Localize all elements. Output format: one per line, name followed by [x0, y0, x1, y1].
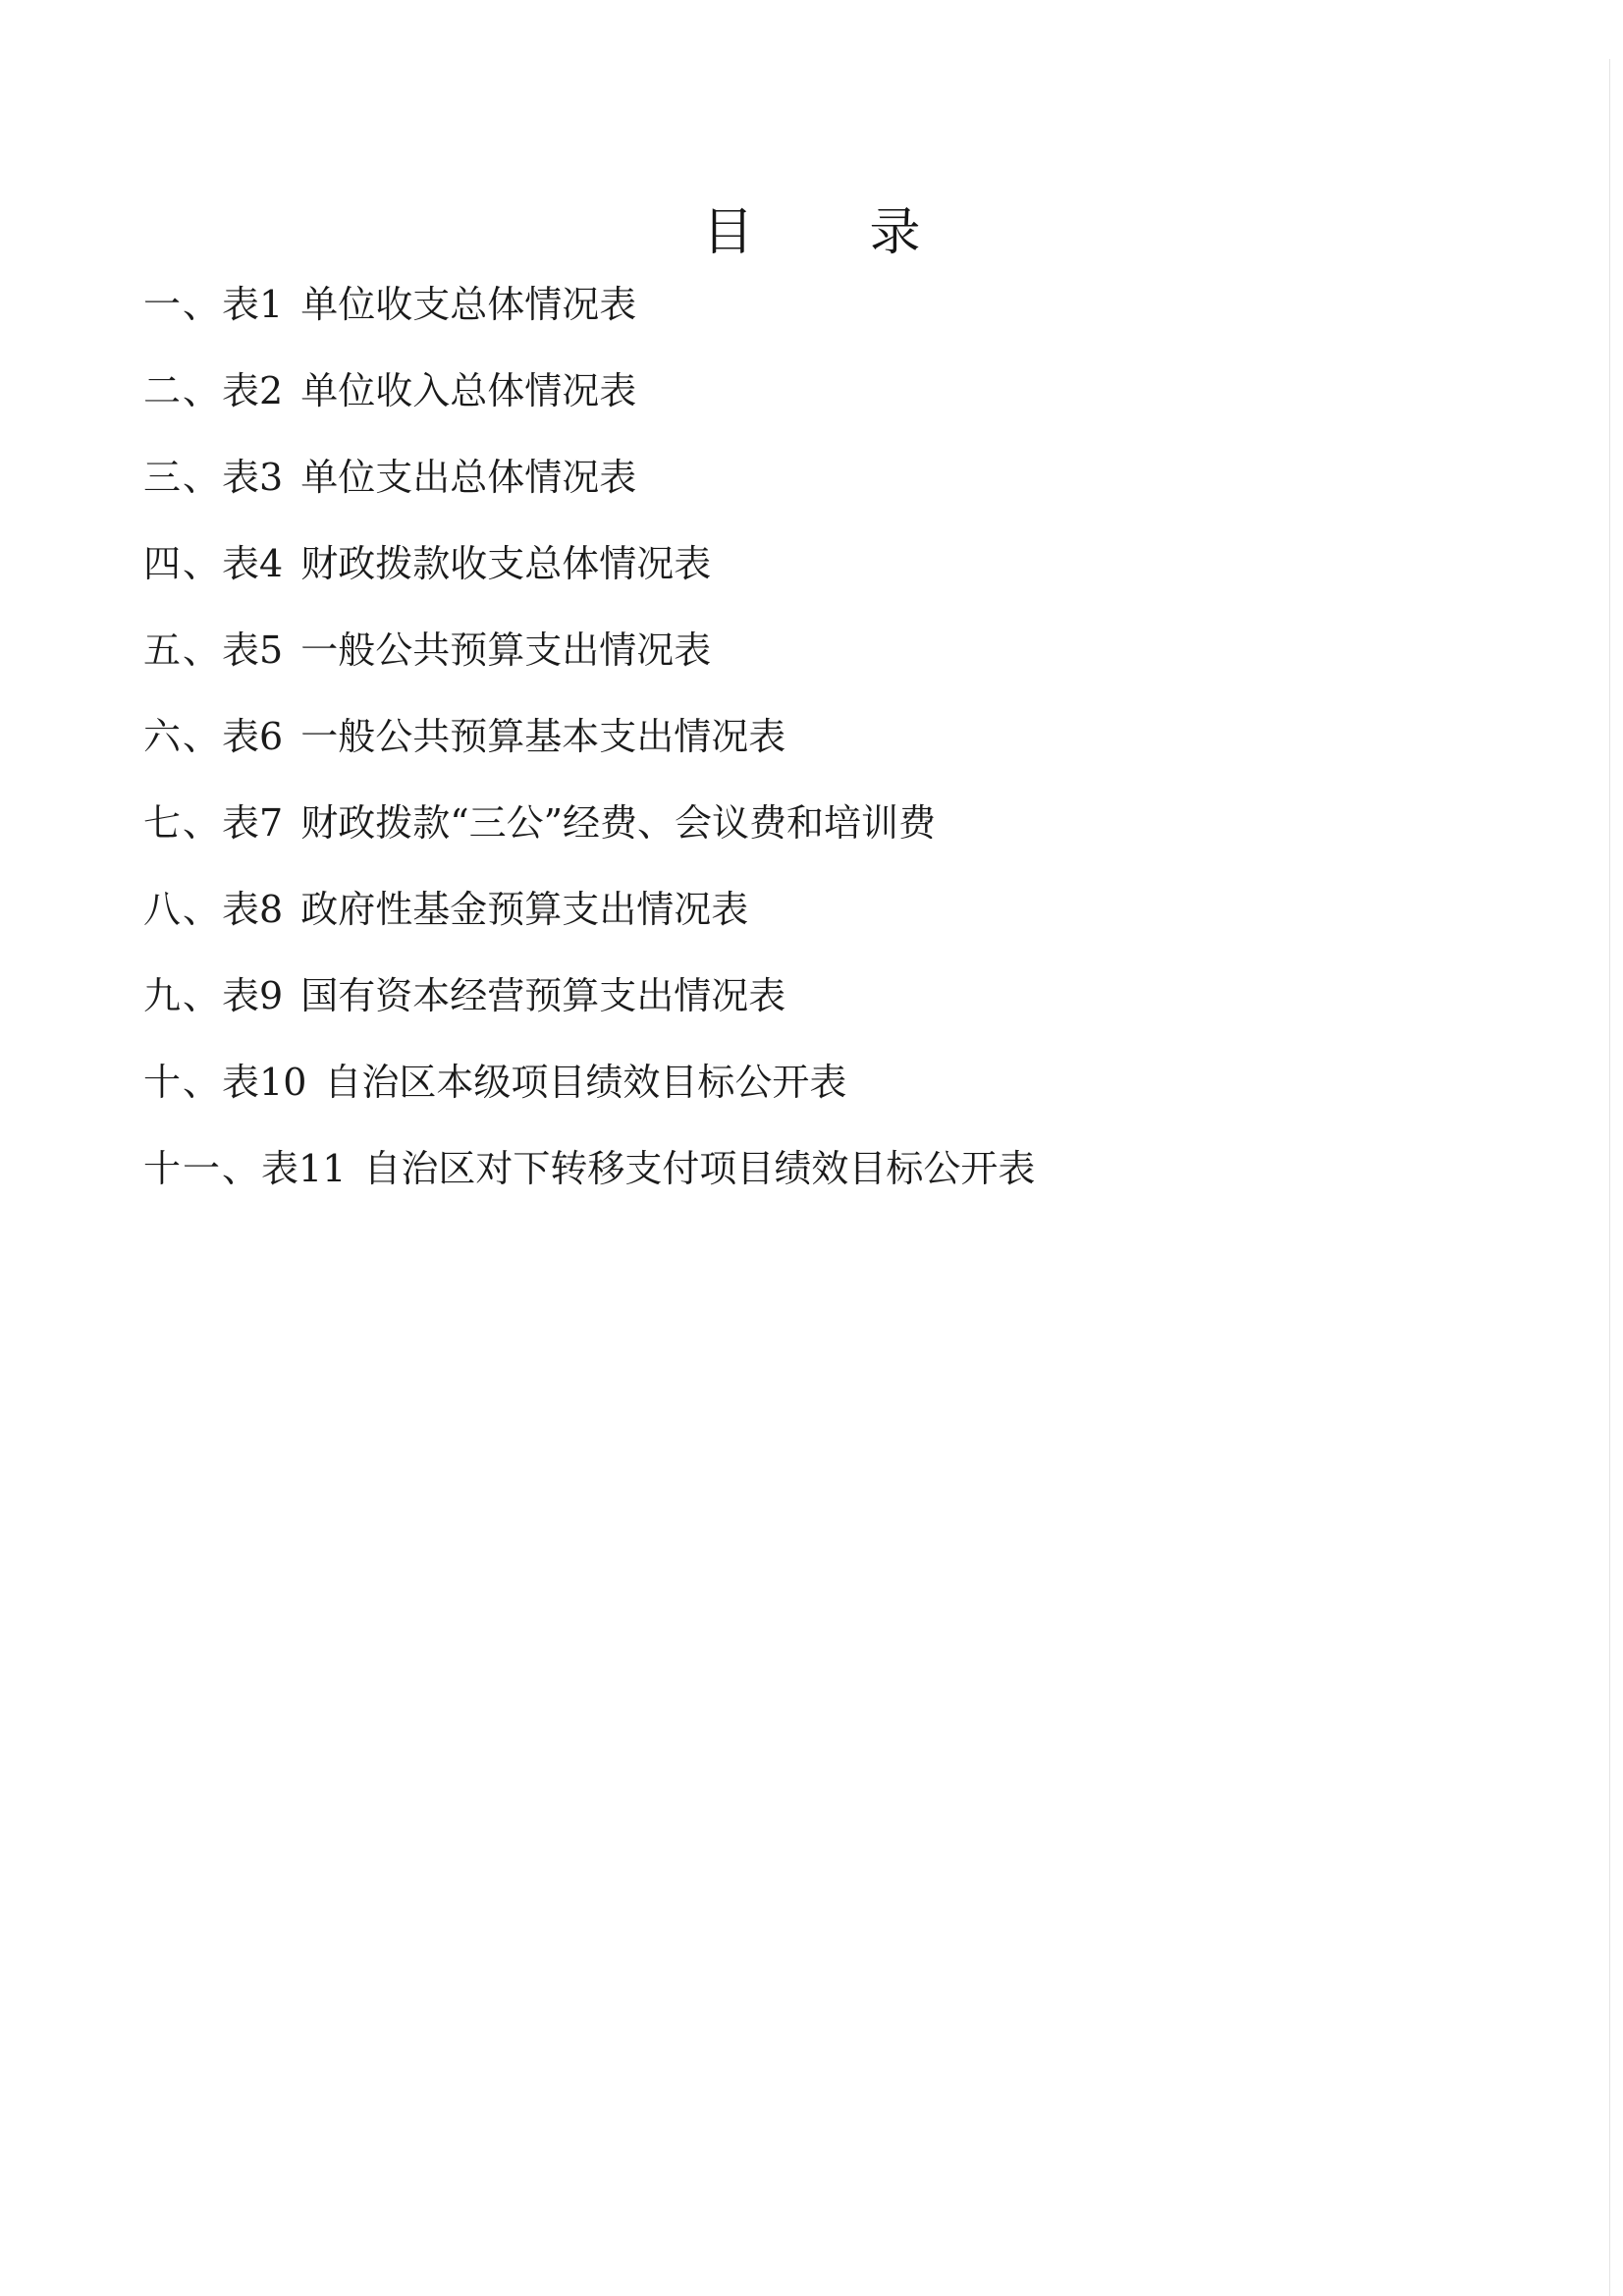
toc-title: 一般公共预算支出情况表 [300, 619, 711, 682]
toc-table-label: 表10 [222, 1051, 306, 1114]
toc-number: 三、 [143, 446, 222, 509]
toc-table-label: 表7 [222, 792, 283, 854]
toc-number: 十、 [143, 1051, 222, 1114]
toc-item-11[interactable]: 十一、表11自治区对下转移支付项目绩效目标公开表 [143, 1137, 1035, 1224]
scan-edge-line [1609, 59, 1610, 2296]
toc-item-7[interactable]: 七、表7财政拨款“三公”经费、会议费和培训费 [143, 792, 1035, 878]
toc-number: 九、 [143, 964, 222, 1027]
toc-item-2[interactable]: 二、表2单位收入总体情况表 [143, 359, 1035, 446]
toc-item-5[interactable]: 五、表5一般公共预算支出情况表 [143, 619, 1035, 705]
page-title: 目录 [0, 198, 1623, 267]
toc-item-8[interactable]: 八、表8政府性基金预算支出情况表 [143, 878, 1035, 964]
toc-table-label: 表9 [222, 964, 283, 1027]
toc-table-label: 表11 [261, 1137, 346, 1200]
page-title-char-2: 录 [870, 198, 921, 267]
toc-title: 财政拨款收支总体情况表 [300, 532, 711, 595]
toc-title: 单位收入总体情况表 [300, 359, 636, 422]
toc-number: 四、 [143, 532, 222, 595]
toc-item-3[interactable]: 三、表3单位支出总体情况表 [143, 446, 1035, 532]
toc-number: 五、 [143, 619, 222, 682]
toc-title: 单位收支总体情况表 [300, 273, 636, 336]
toc-number: 八、 [143, 878, 222, 941]
toc-number: 二、 [143, 359, 222, 422]
toc-title: 财政拨款“三公”经费、会议费和培训费 [300, 792, 936, 854]
toc-table-label: 表5 [222, 619, 283, 682]
toc-title: 单位支出总体情况表 [300, 446, 636, 509]
toc-item-4[interactable]: 四、表4财政拨款收支总体情况表 [143, 532, 1035, 619]
toc-item-9[interactable]: 九、表9国有资本经营预算支出情况表 [143, 964, 1035, 1051]
toc-title: 自治区本级项目绩效目标公开表 [324, 1051, 846, 1114]
toc-number: 十一、 [143, 1137, 261, 1200]
toc-title: 自治区对下转移支付项目绩效目标公开表 [363, 1137, 1035, 1200]
document-page: 目录 一、表1单位收支总体情况表 二、表2单位收入总体情况表 三、表3单位支出总… [0, 0, 1623, 2296]
toc-table-label: 表4 [222, 532, 283, 595]
toc-table-label: 表6 [222, 705, 283, 768]
toc-number: 六、 [143, 705, 222, 768]
toc-item-10[interactable]: 十、表10自治区本级项目绩效目标公开表 [143, 1051, 1035, 1137]
toc-table-label: 表1 [222, 273, 283, 336]
toc-number: 一、 [143, 273, 222, 336]
toc-table-label: 表8 [222, 878, 283, 941]
toc-item-6[interactable]: 六、表6一般公共预算基本支出情况表 [143, 705, 1035, 792]
toc-title: 政府性基金预算支出情况表 [300, 878, 748, 941]
toc-table-label: 表2 [222, 359, 283, 422]
toc-table-label: 表3 [222, 446, 283, 509]
table-of-contents: 一、表1单位收支总体情况表 二、表2单位收入总体情况表 三、表3单位支出总体情况… [143, 273, 1035, 1224]
toc-title: 一般公共预算基本支出情况表 [300, 705, 785, 768]
toc-item-1[interactable]: 一、表1单位收支总体情况表 [143, 273, 1035, 359]
page-title-char-1: 目 [702, 198, 753, 267]
toc-title: 国有资本经营预算支出情况表 [300, 964, 785, 1027]
toc-number: 七、 [143, 792, 222, 854]
